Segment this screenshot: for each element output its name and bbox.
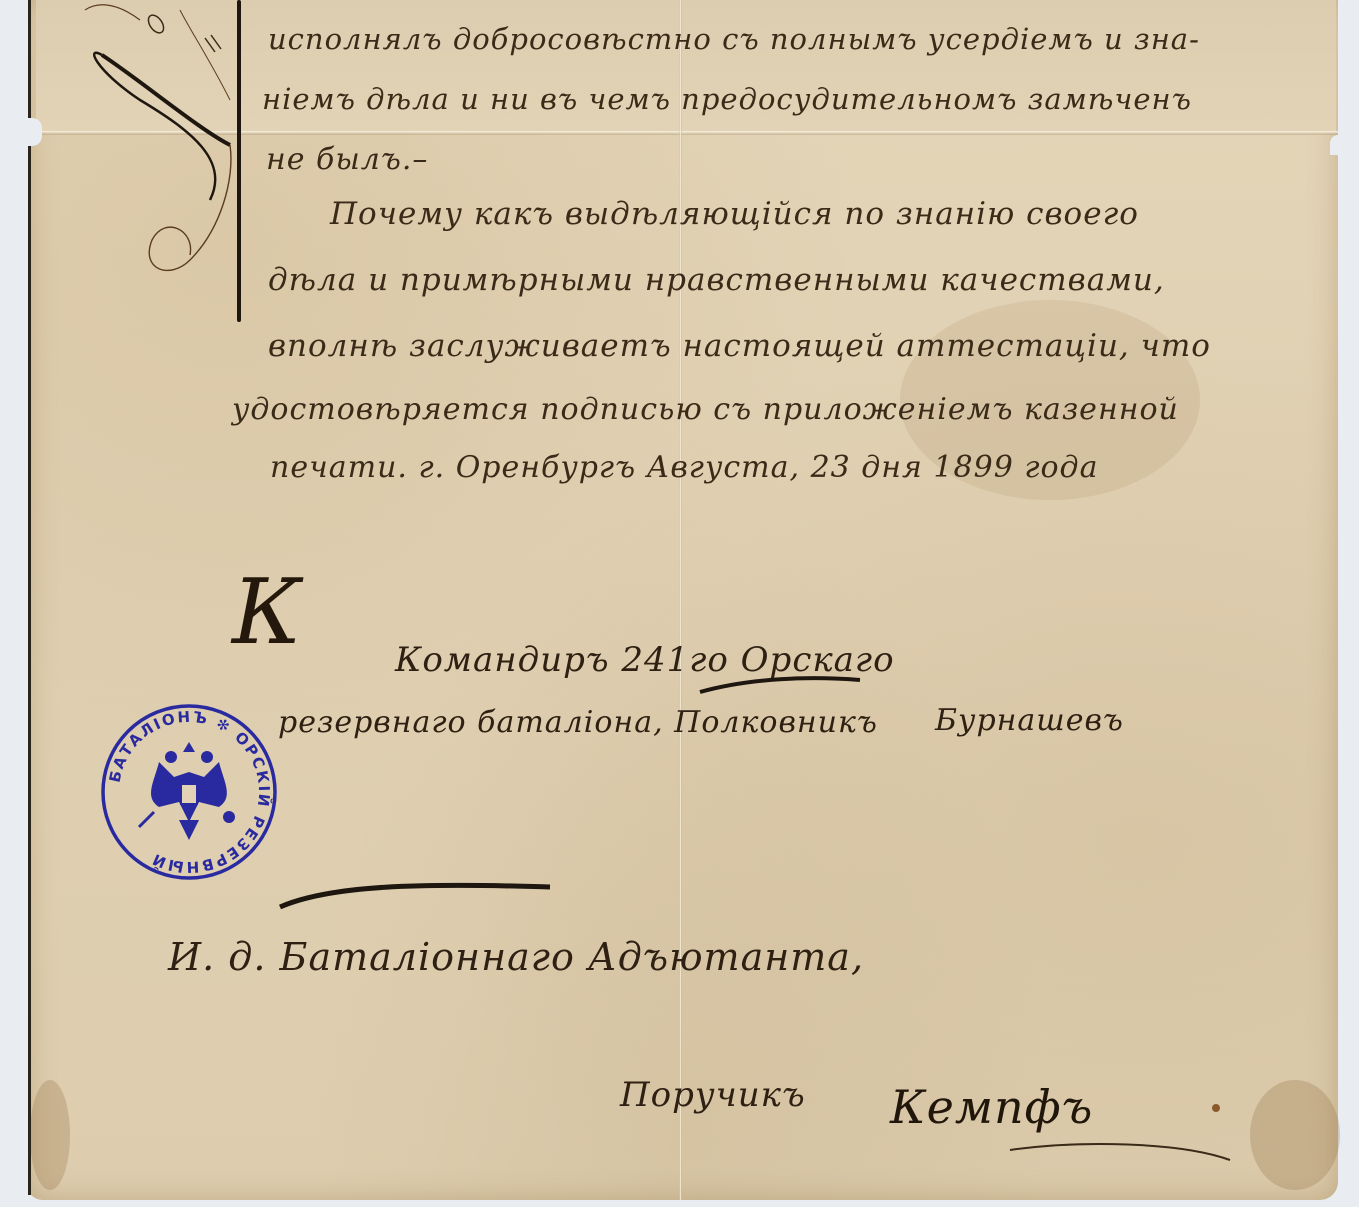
body-line-2: ніемъ дѣла и ни въ чемъ предосудительном… — [262, 82, 1192, 116]
adjutant-title-line1: И. д. Баталіоннаго Адъютанта, — [168, 935, 864, 979]
paper-stain — [30, 1080, 70, 1190]
fold-notch — [1330, 135, 1342, 155]
commander-signature: Бурнашевъ — [935, 703, 1124, 738]
ink-dot — [1212, 1104, 1220, 1112]
double-headed-eagle-icon — [139, 742, 235, 840]
body-line-7: удостовѣряется подписью съ приложеніемъ … — [232, 392, 1179, 427]
body-line-3: не былъ.– — [266, 142, 428, 177]
body-line-6: вполнѣ заслуживаетъ настоящей аттестаціи… — [268, 328, 1211, 364]
underline-flourish-icon — [690, 670, 870, 700]
page-edge-left — [28, 0, 31, 1195]
underline-flourish-icon — [270, 875, 560, 915]
body-line-1: исполнялъ добросовѣстно съ полнымъ усерд… — [268, 22, 1200, 56]
commander-initial-flourish: К — [232, 560, 303, 665]
margin-rule — [237, 0, 241, 322]
vertical-fold — [679, 0, 682, 1200]
fold-notch — [28, 118, 42, 146]
commander-title-line2: резервнаго баталіона, Полковникъ — [278, 705, 878, 740]
battalion-stamp: БАТАЛІОНЪ ✻ ОРСКІЙ РЕЗЕРВНЫЙ ОРСКІЙ РЕЗЕ… — [99, 702, 279, 882]
body-line-4: Почему какъ выдѣляющійся по знанію своег… — [330, 196, 1139, 232]
paper-stain — [1250, 1080, 1340, 1190]
body-line-8: печати. г. Оренбургъ Августа, 23 дня 189… — [270, 450, 1098, 485]
body-line-5: дѣла и примѣрными нравственными качества… — [268, 262, 1165, 298]
adjutant-title-line2: Поручикъ — [620, 1075, 806, 1115]
number-flourish-icon — [80, 0, 250, 290]
signature-underline-icon — [1000, 1120, 1240, 1170]
